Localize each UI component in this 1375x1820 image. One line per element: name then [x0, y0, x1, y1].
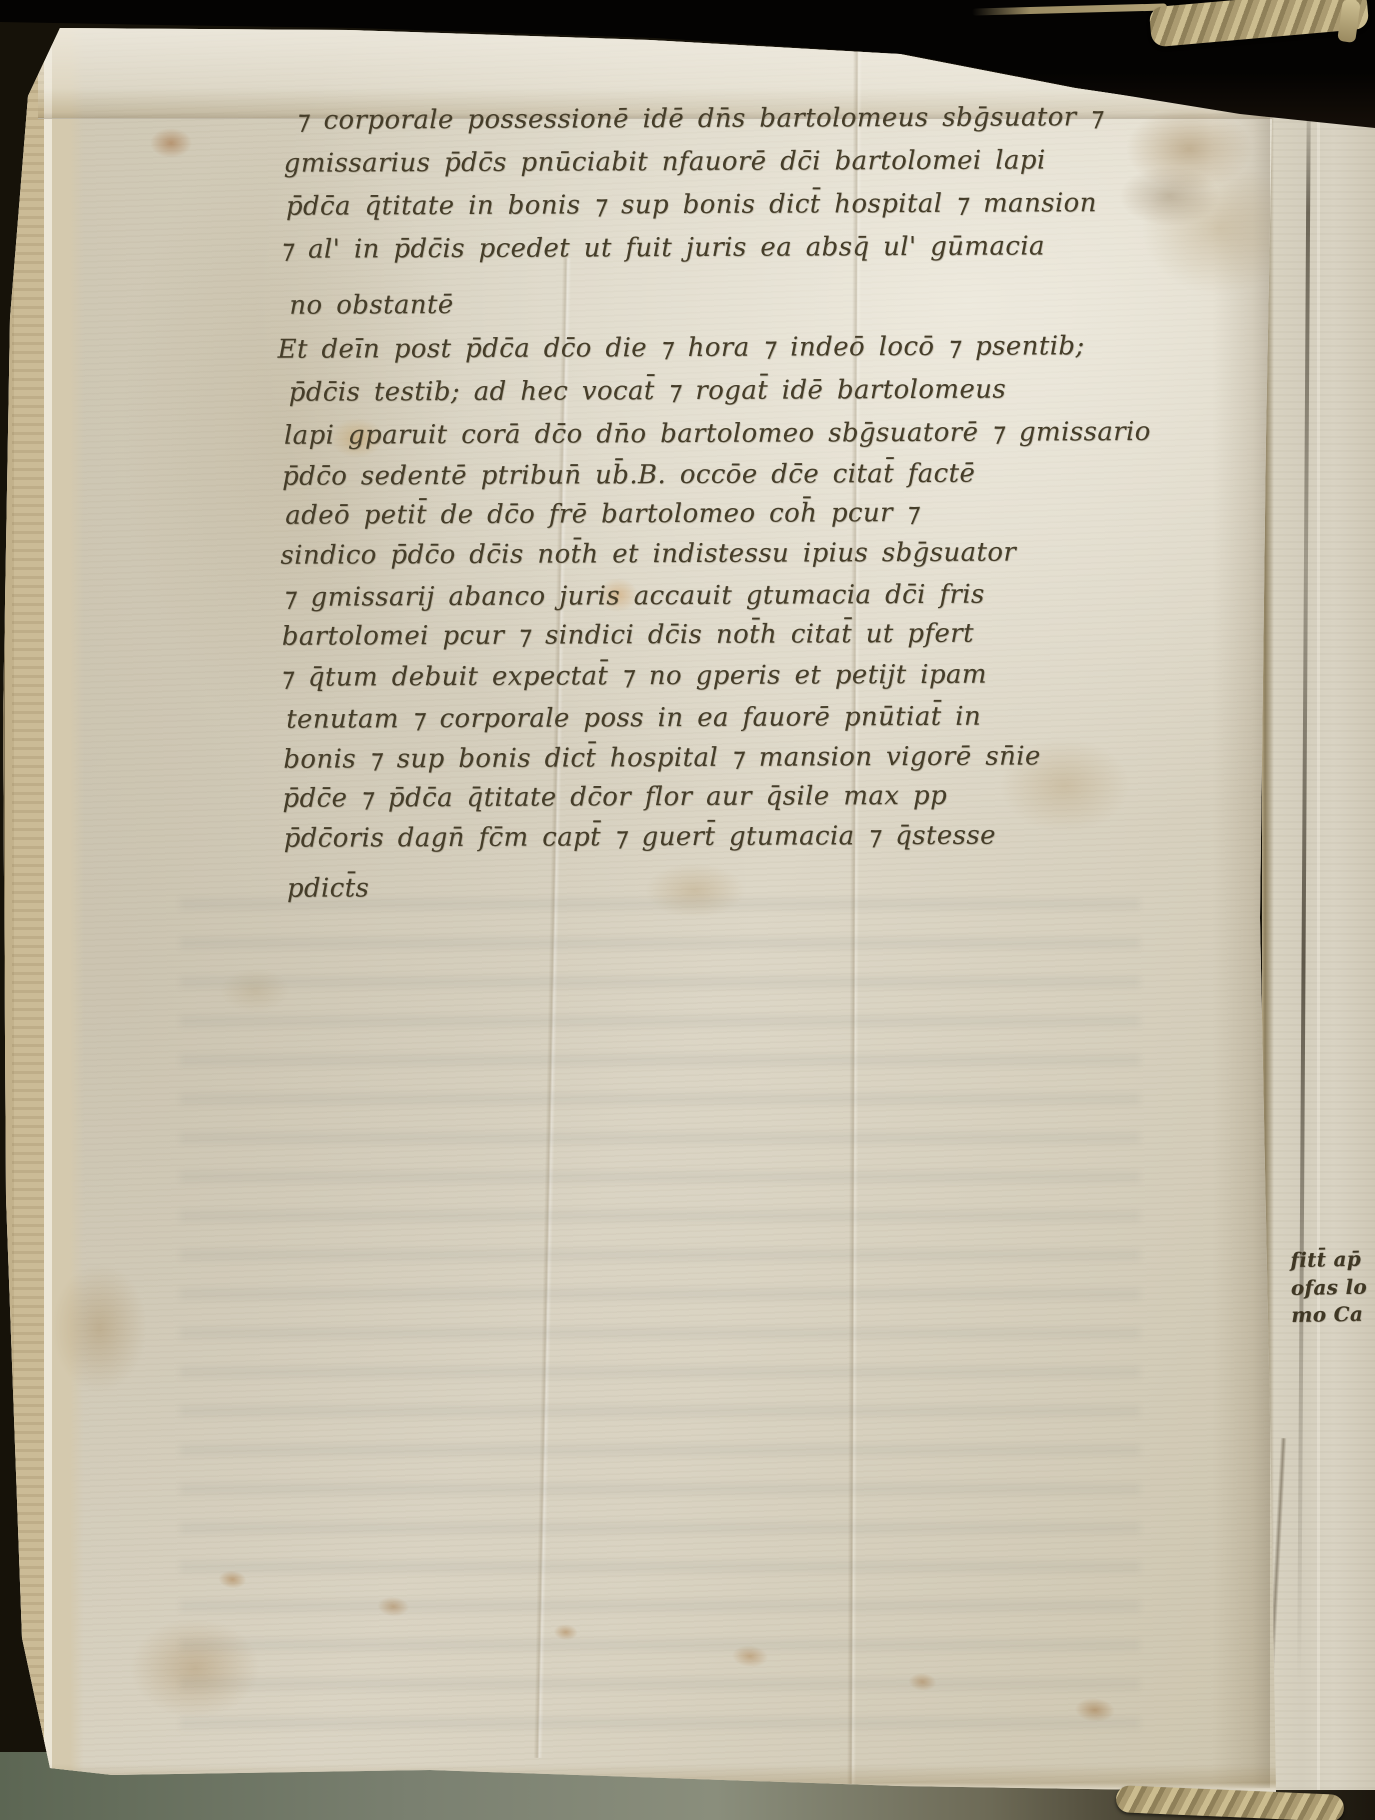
manuscript-photo: ⁊ corporale possessionē idē dn̄s bartolo…	[0, 0, 1375, 1820]
page-stack-edge	[0, 18, 84, 1800]
damage-patch	[1120, 110, 1285, 325]
stain	[120, 118, 460, 738]
manuscript-page	[0, 18, 1292, 1800]
page-edge-highlight	[1317, 58, 1320, 1790]
facing-page-edge	[1262, 58, 1375, 1790]
marginal-note-line: ofas lo	[1291, 1275, 1368, 1300]
stain	[52, 1263, 147, 1393]
gutter-crease	[1297, 84, 1311, 1684]
stain	[598, 578, 638, 612]
stain	[1000, 738, 1130, 833]
marginal-note-line: mo Ca	[1291, 1302, 1363, 1327]
marginal-note-line: fitt̄ ap̄	[1290, 1247, 1361, 1272]
stain	[330, 418, 384, 458]
ink-bleedthrough	[180, 898, 1140, 1738]
